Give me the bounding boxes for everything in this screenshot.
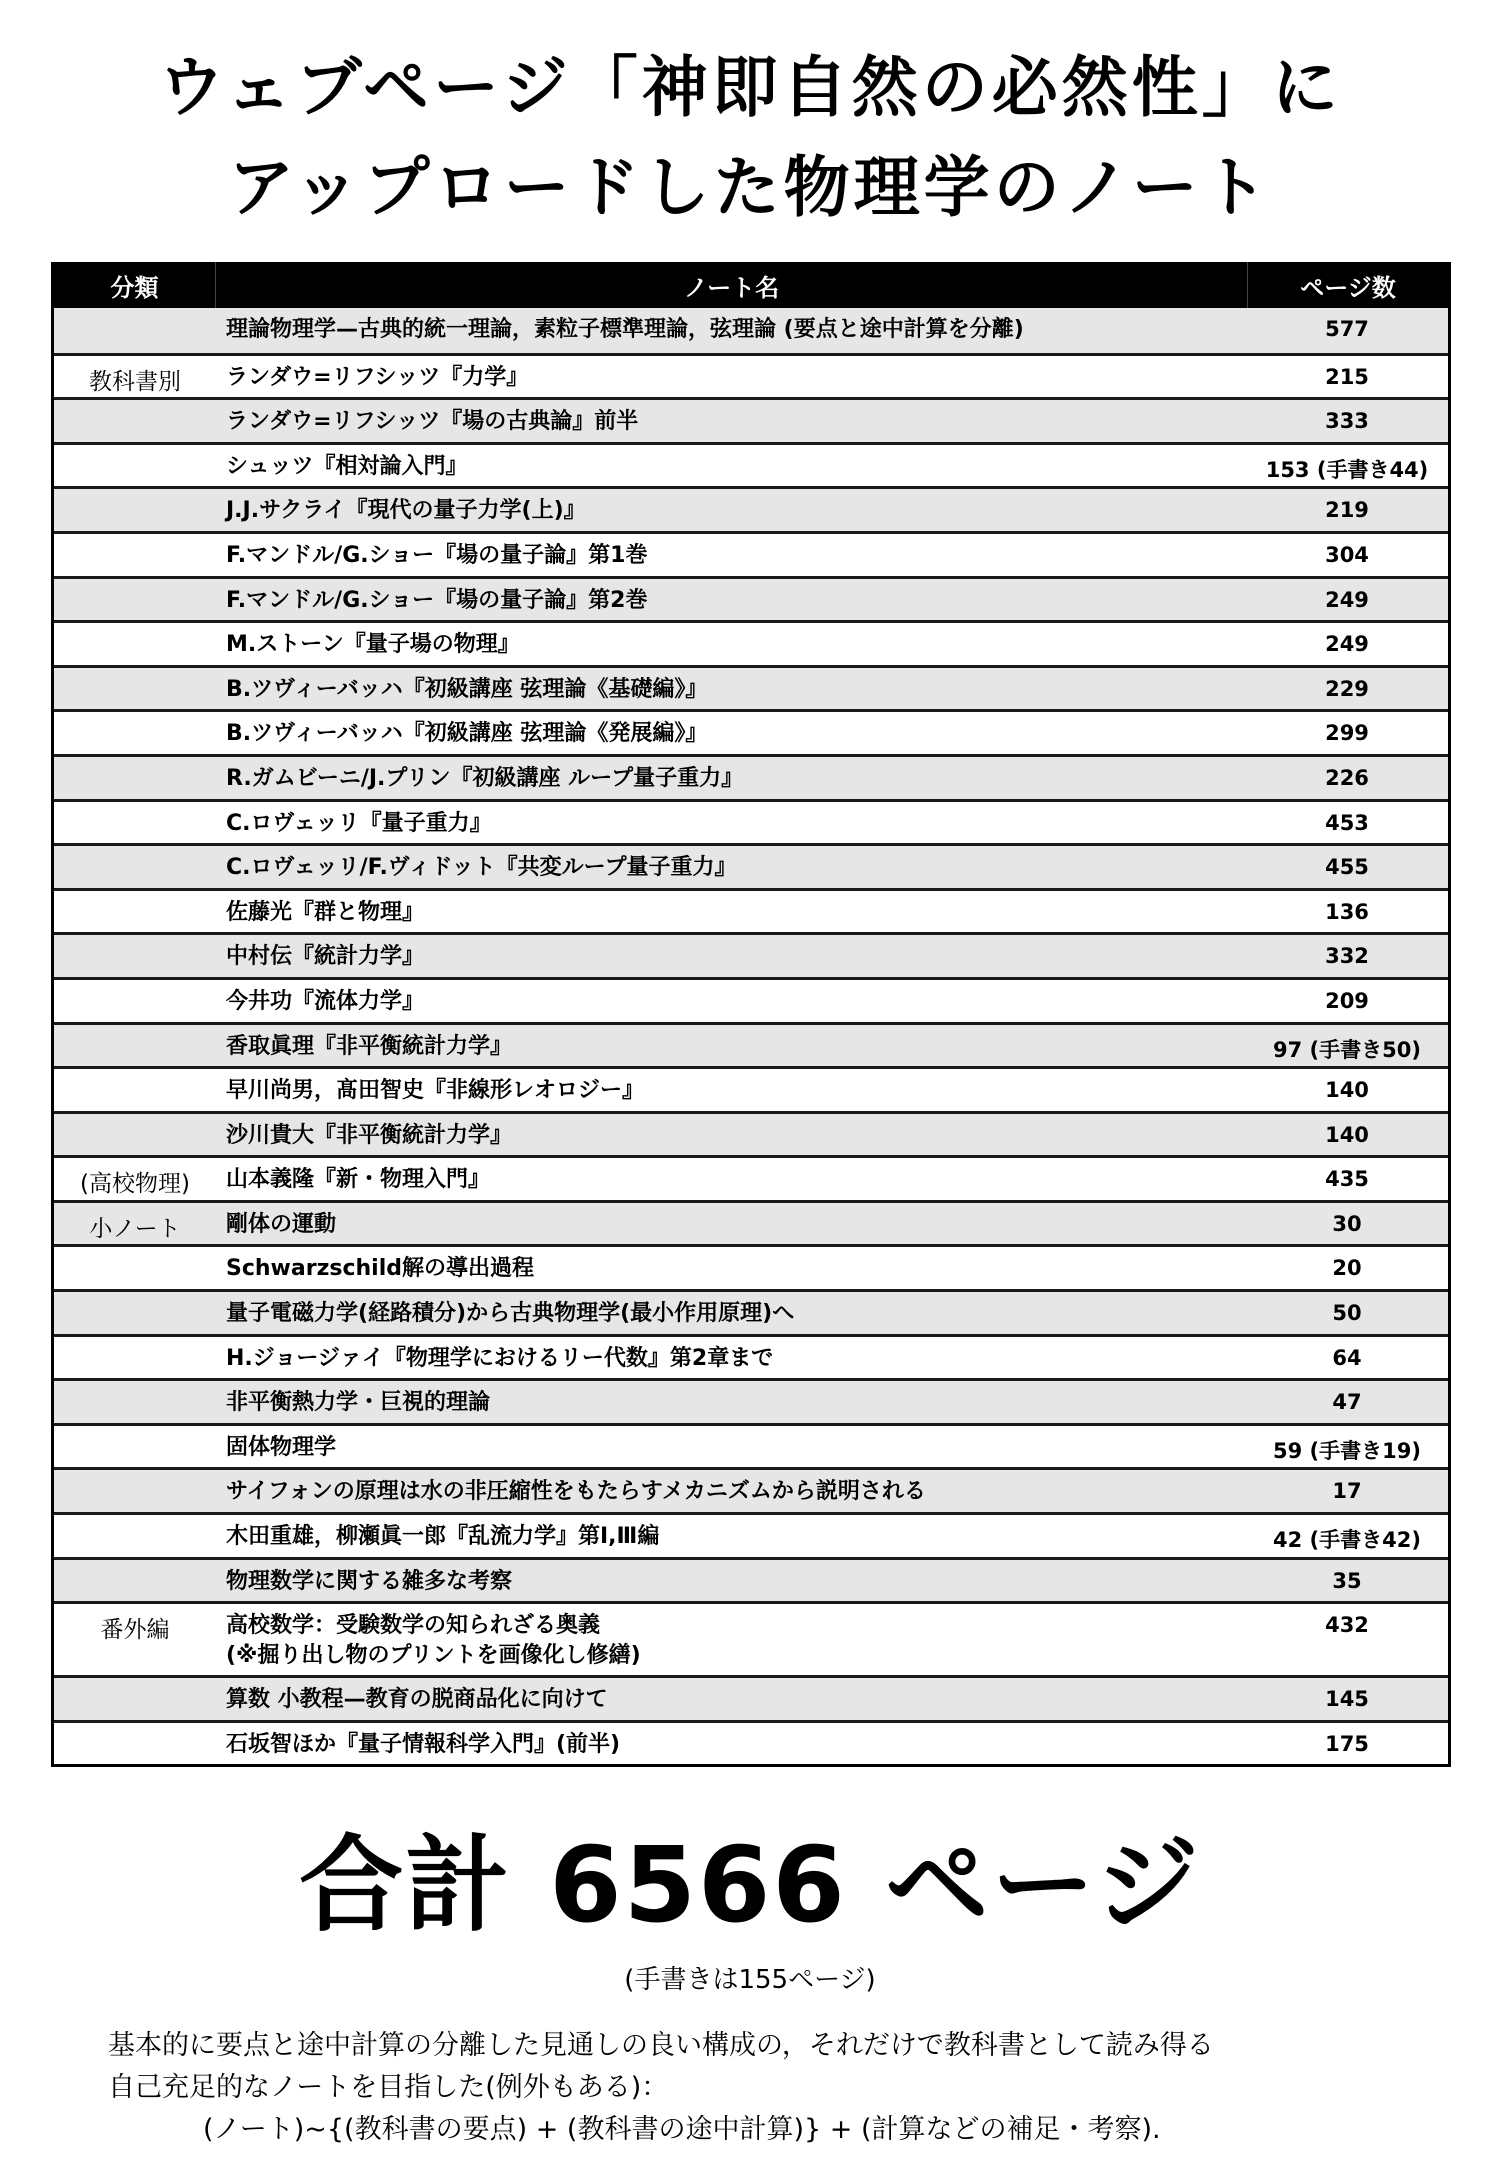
note-title: 佐藤光『群と物理』 [226,898,1248,928]
row-category [54,1560,216,1567]
row-category: 小ノート [54,1203,216,1243]
table-row: 算数 小教程—教育の脱商品化に向けて145 [54,1675,1448,1720]
row-note-name: 石坂智ほか『量子情報科学入門』(前半) [216,1723,1248,1760]
row-category [54,668,216,675]
row-pages: 333 [1248,400,1448,433]
row-note-name: シュッツ『相対論入門』 [216,445,1248,482]
row-note-name: H.ジョージァイ『物理学におけるリー代数』第2章まで [216,1337,1248,1374]
table-row: J.J.サクライ『現代の量子力学(上)』219 [54,486,1448,531]
note-subtitle: (※掘り出し物のプリントを画像化し修繕) [226,1641,1248,1671]
row-pages: 299 [1248,712,1448,745]
table-row: M.ストーン『量子場の物理』249 [54,620,1448,665]
note-title: B.ツヴィーバッハ『初級講座 弦理論《基礎編》』 [226,675,1248,705]
row-note-name: B.ツヴィーバッハ『初級講座 弦理論《基礎編》』 [216,668,1248,705]
note-title: ランダウ=リフシッツ『力学』 [226,363,1248,393]
row-category [54,1381,216,1388]
row-category [54,1470,216,1477]
row-note-name: R.ガムビーニ/J.プリン『初級講座 ループ量子重力』 [216,757,1248,794]
table-row: F.マンドル/G.ショー『場の量子論』第2巻249 [54,576,1448,621]
row-note-name: 山本義隆『新・物理入門』 [216,1158,1248,1195]
table-row: シュッツ『相対論入門』153 (手書き44) [54,442,1448,487]
row-category [54,1515,216,1522]
row-pages: 20 [1248,1247,1448,1280]
row-note-name: C.ロヴェッリ『量子重力』 [216,802,1248,839]
row-note-name: 非平衡熱力学・巨視的理論 [216,1381,1248,1418]
note-title: 山本義隆『新・物理入門』 [226,1165,1248,1195]
table-row: 佐藤光『群と物理』136 [54,888,1448,933]
row-note-name: M.ストーン『量子場の物理』 [216,623,1248,660]
total-pages: 合計 6566 ページ [0,1820,1500,1950]
note-title: J.J.サクライ『現代の量子力学(上)』 [226,496,1248,526]
row-note-name: 理論物理学—古典的統一理論，素粒子標準理論，弦理論 (要点と途中計算を分離) [216,308,1248,345]
row-pages: 249 [1248,579,1448,612]
row-note-name: 沙川貴大『非平衡統計力学』 [216,1114,1248,1151]
row-pages: 153 (手書き44) [1248,445,1448,484]
row-pages: 59 (手書き19) [1248,1426,1448,1465]
row-category [54,1426,216,1433]
description-line-1: 基本的に要点と途中計算の分離した見通しの良い構成の，それだけで教科書として読み得… [108,2025,1448,2067]
table-row: 非平衡熱力学・巨視的理論47 [54,1378,1448,1423]
note-title: 沙川貴大『非平衡統計力学』 [226,1121,1248,1151]
row-pages: 64 [1248,1337,1448,1370]
row-note-name: 木田重雄，柳瀬眞一郎『乱流力学』第Ⅰ,Ⅲ編 [216,1515,1248,1552]
row-pages: 50 [1248,1292,1448,1325]
note-title: H.ジョージァイ『物理学におけるリー代数』第2章まで [226,1344,1248,1374]
row-pages: 226 [1248,757,1448,790]
header-note-name: ノート名 [216,262,1248,308]
row-category [54,1723,216,1730]
row-category: 番外編 [54,1604,216,1644]
row-pages: 229 [1248,668,1448,701]
note-title: 高校数学：受験数学の知られざる奥義 [226,1611,1248,1641]
table-row: ランダウ=リフシッツ『場の古典論』前半333 [54,397,1448,442]
row-pages: 140 [1248,1114,1448,1147]
row-category [54,1678,216,1685]
table-row: 中村伝『統計力学』332 [54,932,1448,977]
table-row: C.ロヴェッリ/F.ヴィドット『共変ループ量子重力』455 [54,843,1448,888]
row-note-name: B.ツヴィーバッハ『初級講座 弦理論《発展編》』 [216,712,1248,749]
table-row: H.ジョージァイ『物理学におけるリー代数』第2章まで64 [54,1334,1448,1379]
table-row: 早川尚男，髙田智史『非線形レオロジー』140 [54,1066,1448,1111]
note-title: シュッツ『相対論入門』 [226,452,1248,482]
row-pages: 215 [1248,356,1448,389]
row-category [54,802,216,809]
note-title: 早川尚男，髙田智史『非線形レオロジー』 [226,1076,1248,1106]
table-header: 分類 ノート名 ページ数 [54,262,1448,308]
row-category [54,1069,216,1076]
header-pages: ページ数 [1248,262,1448,308]
row-note-name: 中村伝『統計力学』 [216,935,1248,972]
description-formula: (ノート)~{(教科書の要点) + (教科書の途中計算)} + (計算などの補足… [108,2109,1448,2151]
row-pages: 332 [1248,935,1448,968]
row-pages: 145 [1248,1678,1448,1711]
note-title: 非平衡熱力学・巨視的理論 [226,1388,1248,1418]
row-pages: 453 [1248,802,1448,835]
row-pages: 455 [1248,846,1448,879]
table-row: 木田重雄，柳瀬眞一郎『乱流力学』第Ⅰ,Ⅲ編42 (手書き42) [54,1512,1448,1557]
row-note-name: 高校数学：受験数学の知られざる奥義(※掘り出し物のプリントを画像化し修繕) [216,1604,1248,1671]
row-pages: 140 [1248,1069,1448,1102]
row-category [54,1025,216,1032]
page-title: ウェブページ「神即自然の必然性」に アップロードした物理学のノート [0,38,1500,238]
description: 基本的に要点と途中計算の分離した見通しの良い構成の，それだけで教科書として読み得… [108,2025,1448,2151]
row-note-name: J.J.サクライ『現代の量子力学(上)』 [216,489,1248,526]
row-category: 教科書別 [54,356,216,396]
row-category [54,308,216,315]
row-pages: 432 [1248,1604,1448,1637]
note-title: B.ツヴィーバッハ『初級講座 弦理論《発展編》』 [226,719,1248,749]
row-note-name: 香取眞理『非平衡統計力学』 [216,1025,1248,1062]
row-pages: 209 [1248,980,1448,1013]
table-row: サイフォンの原理は水の非圧縮性をもたらすメカニズムから説明される17 [54,1467,1448,1512]
row-note-name: F.マンドル/G.ショー『場の量子論』第2巻 [216,579,1248,616]
row-pages: 97 (手書き50) [1248,1025,1448,1064]
row-category: (高校物理) [54,1158,216,1198]
row-pages: 249 [1248,623,1448,656]
note-title: C.ロヴェッリ『量子重力』 [226,809,1248,839]
row-note-name: 固体物理学 [216,1426,1248,1463]
row-pages: 35 [1248,1560,1448,1593]
row-note-name: Schwarzschild解の導出過程 [216,1247,1248,1284]
row-category [54,400,216,407]
table-row: 理論物理学—古典的統一理論，素粒子標準理論，弦理論 (要点と途中計算を分離)57… [54,308,1448,353]
row-note-name: 佐藤光『群と物理』 [216,891,1248,928]
row-pages: 219 [1248,489,1448,522]
row-pages: 17 [1248,1470,1448,1503]
note-title: Schwarzschild解の導出過程 [226,1254,1248,1284]
row-category [54,757,216,764]
note-title: F.マンドル/G.ショー『場の量子論』第2巻 [226,586,1248,616]
note-title: 算数 小教程—教育の脱商品化に向けて [226,1685,1248,1715]
note-title: 中村伝『統計力学』 [226,942,1248,972]
row-pages: 175 [1248,1723,1448,1756]
row-pages: 42 (手書き42) [1248,1515,1448,1554]
row-category [54,1292,216,1299]
note-title: 石坂智ほか『量子情報科学入門』(前半) [226,1730,1248,1760]
row-note-name: 算数 小教程—教育の脱商品化に向けて [216,1678,1248,1715]
table-row: (高校物理)山本義隆『新・物理入門』435 [54,1155,1448,1200]
row-pages: 30 [1248,1203,1448,1236]
row-category [54,712,216,719]
note-title: R.ガムビーニ/J.プリン『初級講座 ループ量子重力』 [226,764,1248,794]
row-category [54,980,216,987]
row-note-name: ランダウ=リフシッツ『場の古典論』前半 [216,400,1248,437]
row-category [54,1114,216,1121]
note-title: F.マンドル/G.ショー『場の量子論』第1巻 [226,541,1248,571]
table-row: 小ノート剛体の運動30 [54,1200,1448,1245]
table-row: 香取眞理『非平衡統計力学』97 (手書き50) [54,1022,1448,1067]
table-row: F.マンドル/G.ショー『場の量子論』第1巻304 [54,531,1448,576]
table-row: Schwarzschild解の導出過程20 [54,1244,1448,1289]
table-row: B.ツヴィーバッハ『初級講座 弦理論《発展編》』299 [54,709,1448,754]
title-line-1: ウェブページ「神即自然の必然性」に [0,38,1500,138]
note-title: 木田重雄，柳瀬眞一郎『乱流力学』第Ⅰ,Ⅲ編 [226,1522,1248,1552]
note-title: 量子電磁力学(経路積分)から古典物理学(最小作用原理)へ [226,1299,1248,1329]
notes-table: 分類 ノート名 ページ数 理論物理学—古典的統一理論，素粒子標準理論，弦理論 (… [51,262,1451,1767]
row-note-name: 剛体の運動 [216,1203,1248,1240]
row-note-name: 今井功『流体力学』 [216,980,1248,1017]
note-title: 香取眞理『非平衡統計力学』 [226,1032,1248,1062]
row-category [54,534,216,541]
note-title: 理論物理学—古典的統一理論，素粒子標準理論，弦理論 (要点と途中計算を分離) [226,315,1248,345]
row-category [54,579,216,586]
row-note-name: C.ロヴェッリ/F.ヴィドット『共変ループ量子重力』 [216,846,1248,883]
row-pages: 435 [1248,1158,1448,1191]
row-category [54,1247,216,1254]
row-pages: 47 [1248,1381,1448,1414]
row-pages: 577 [1248,308,1448,341]
note-title: ランダウ=リフシッツ『場の古典論』前半 [226,407,1248,437]
handwritten-note: (手書きは155ページ) [0,1960,1500,2000]
row-category [54,489,216,496]
row-category [54,935,216,942]
table-row: 番外編高校数学：受験数学の知られざる奥義(※掘り出し物のプリントを画像化し修繕)… [54,1601,1448,1675]
table-row: R.ガムビーニ/J.プリン『初級講座 ループ量子重力』226 [54,754,1448,799]
table-row: 沙川貴大『非平衡統計力学』140 [54,1111,1448,1156]
table-row: 教科書別ランダウ=リフシッツ『力学』215 [54,353,1448,398]
row-note-name: F.マンドル/G.ショー『場の量子論』第1巻 [216,534,1248,571]
row-category [54,1337,216,1344]
row-category [54,891,216,898]
table-row: 今井功『流体力学』209 [54,977,1448,1022]
row-pages: 136 [1248,891,1448,924]
row-category [54,445,216,452]
row-category [54,623,216,630]
table-row: B.ツヴィーバッハ『初級講座 弦理論《基礎編》』229 [54,665,1448,710]
note-title: 固体物理学 [226,1433,1248,1463]
note-title: 今井功『流体力学』 [226,987,1248,1017]
table-row: 物理数学に関する雑多な考察35 [54,1557,1448,1602]
row-category [54,846,216,853]
table-body: 理論物理学—古典的統一理論，素粒子標準理論，弦理論 (要点と途中計算を分離)57… [54,308,1448,1764]
row-note-name: 早川尚男，髙田智史『非線形レオロジー』 [216,1069,1248,1106]
note-title: サイフォンの原理は水の非圧縮性をもたらすメカニズムから説明される [226,1477,1248,1507]
table-row: 石坂智ほか『量子情報科学入門』(前半)175 [54,1720,1448,1765]
header-category: 分類 [54,262,216,308]
note-title: 物理数学に関する雑多な考察 [226,1567,1248,1597]
row-note-name: 物理数学に関する雑多な考察 [216,1560,1248,1597]
description-line-2: 自己充足的なノートを目指した(例外もある)： [108,2067,1448,2109]
row-pages: 304 [1248,534,1448,567]
row-note-name: ランダウ=リフシッツ『力学』 [216,356,1248,393]
row-note-name: サイフォンの原理は水の非圧縮性をもたらすメカニズムから説明される [216,1470,1248,1507]
note-title: C.ロヴェッリ/F.ヴィドット『共変ループ量子重力』 [226,853,1248,883]
table-row: C.ロヴェッリ『量子重力』453 [54,799,1448,844]
table-row: 固体物理学59 (手書き19) [54,1423,1448,1468]
table-row: 量子電磁力学(経路積分)から古典物理学(最小作用原理)へ50 [54,1289,1448,1334]
note-title: 剛体の運動 [226,1210,1248,1240]
note-title: M.ストーン『量子場の物理』 [226,630,1248,660]
row-note-name: 量子電磁力学(経路積分)から古典物理学(最小作用原理)へ [216,1292,1248,1329]
title-line-2: アップロードした物理学のノート [0,138,1500,238]
